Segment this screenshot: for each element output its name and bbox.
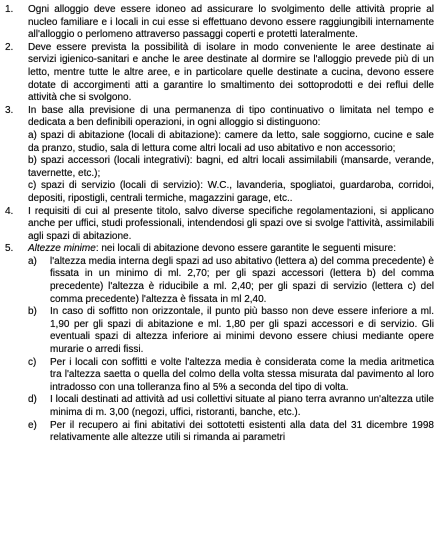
item-number: 1. — [5, 4, 28, 42]
item-number: 5. — [5, 243, 28, 445]
subitem-c: c) Per i locali con soffitti e volte l'a… — [28, 357, 434, 395]
item-number: 3. — [5, 105, 28, 206]
item-paragraph: Deve essere prevista la possibilità di i… — [28, 42, 434, 105]
subitem-text: l'altezza media interna degli spazi ad u… — [50, 256, 434, 306]
item-paragraph: Ogni alloggio deve essere idoneo ad assi… — [28, 4, 434, 42]
document-page: 1. Ogni alloggio deve essere idoneo ad a… — [0, 0, 440, 538]
item-number: 2. — [5, 42, 28, 105]
subitem-e: e) Per il recupero ai fini abitativi dei… — [28, 420, 434, 445]
item-paragraph: I requisiti di cui al presente titolo, s… — [28, 206, 434, 244]
item-paragraph: In base alla previsione di una permanenz… — [28, 105, 434, 130]
subitem-letter: e) — [28, 420, 50, 445]
list-item-5: 5. Altezze minime: nei locali di abitazi… — [5, 243, 434, 445]
list-item-4: 4. I requisiti di cui al presente titolo… — [5, 206, 434, 244]
subitem-b: b) In caso di soffitto non orizzontale, … — [28, 306, 434, 356]
list-item-1: 1. Ogni alloggio deve essere idoneo ad a… — [5, 4, 434, 42]
subitem-letter: b) — [28, 306, 50, 356]
subitem-text: In caso di soffitto non orizzontale, il … — [50, 306, 434, 356]
subitem-letter: a) — [28, 256, 50, 306]
item-subparagraph-c: c) spazi di servizio (locali di servizio… — [28, 180, 434, 205]
item-lead-italic: Altezze minime — [28, 243, 96, 254]
subitem-text: Per i locali con soffitti e volte l'alte… — [50, 357, 434, 395]
subitem-text: I locali destinati ad attività ad usi co… — [50, 394, 434, 419]
subitem-letter: c) — [28, 357, 50, 395]
item-body: Altezze minime: nei locali di abitazione… — [28, 243, 434, 445]
item-body: Ogni alloggio deve essere idoneo ad assi… — [28, 4, 434, 42]
subitem-letter: d) — [28, 394, 50, 419]
item-lead-rest: : nei locali di abitazione devono essere… — [96, 243, 396, 254]
subitem-text: Per il recupero ai fini abitativi dei so… — [50, 420, 434, 445]
item-body: In base alla previsione di una permanenz… — [28, 105, 434, 206]
list-item-2: 2. Deve essere prevista la possibilità d… — [5, 42, 434, 105]
item-lead: Altezze minime: nei locali di abitazione… — [28, 243, 434, 256]
item-body: I requisiti di cui al presente titolo, s… — [28, 206, 434, 244]
item-number: 4. — [5, 206, 28, 244]
subitem-d: d) I locali destinati ad attività ad usi… — [28, 394, 434, 419]
item-body: Deve essere prevista la possibilità di i… — [28, 42, 434, 105]
list-item-3: 3. In base alla previsione di una perman… — [5, 105, 434, 206]
item-subparagraph-b: b) spazi accessori (locali integrativi):… — [28, 155, 434, 180]
item-subparagraph-a: a) spazi di abitazione (locali di abitaz… — [28, 130, 434, 155]
subitem-a: a) l'altezza media interna degli spazi a… — [28, 256, 434, 306]
